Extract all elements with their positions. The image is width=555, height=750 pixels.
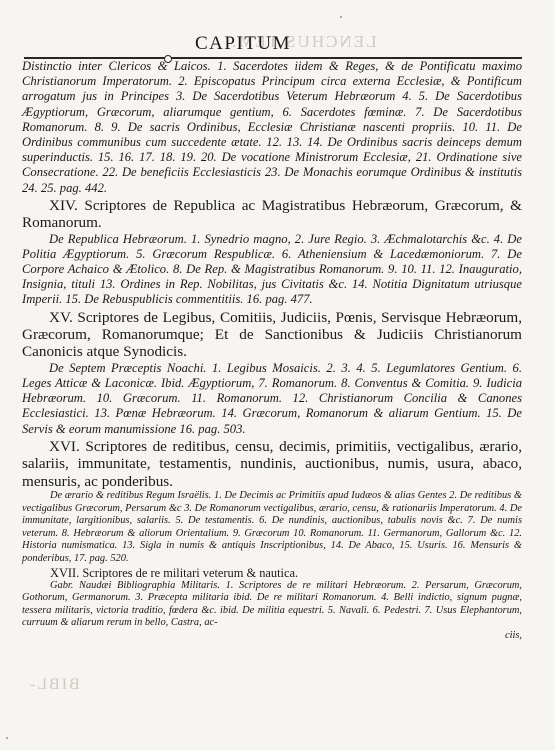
section-xvii-contents: Gabr. Naudæi Bibliographia Militaris. 1.… xyxy=(22,580,522,630)
section-xiii-contents: Distinctio inter Clericos & Laicos. 1. S… xyxy=(22,59,522,196)
contents-body: Distinctio inter Clericos & Laicos. 1. S… xyxy=(22,59,522,642)
section-xv-heading: XV. Scriptores de Legibus, Comitiis, Jud… xyxy=(22,309,522,361)
section-xiv-heading: XIV. Scriptores de Republica ac Magistra… xyxy=(22,197,522,232)
section-xvi-contents: De ærario & reditibus Regum Israëlis. 1.… xyxy=(22,490,522,566)
section-xiv-contents: De Republica Hebræorum. 1. Synedrio magn… xyxy=(22,232,522,308)
paper-speck xyxy=(340,16,342,18)
book-page: LENCHUS TEM. BIBL- CAPITUM Distinctio in… xyxy=(0,0,555,750)
section-xv-contents: De Septem Præceptis Noachi. 1. Legibus M… xyxy=(22,361,522,437)
section-xvii-heading: XVII. Scriptores de re militari veterum … xyxy=(22,566,522,580)
bleed-through-text-bottom: BIBL- xyxy=(28,676,80,694)
running-header: CAPITUM xyxy=(195,33,291,55)
section-xvi-heading: XVI. Scriptores de reditibus, censu, dec… xyxy=(22,438,522,490)
catchword: ciis, xyxy=(22,630,522,642)
paper-speck xyxy=(6,737,8,739)
